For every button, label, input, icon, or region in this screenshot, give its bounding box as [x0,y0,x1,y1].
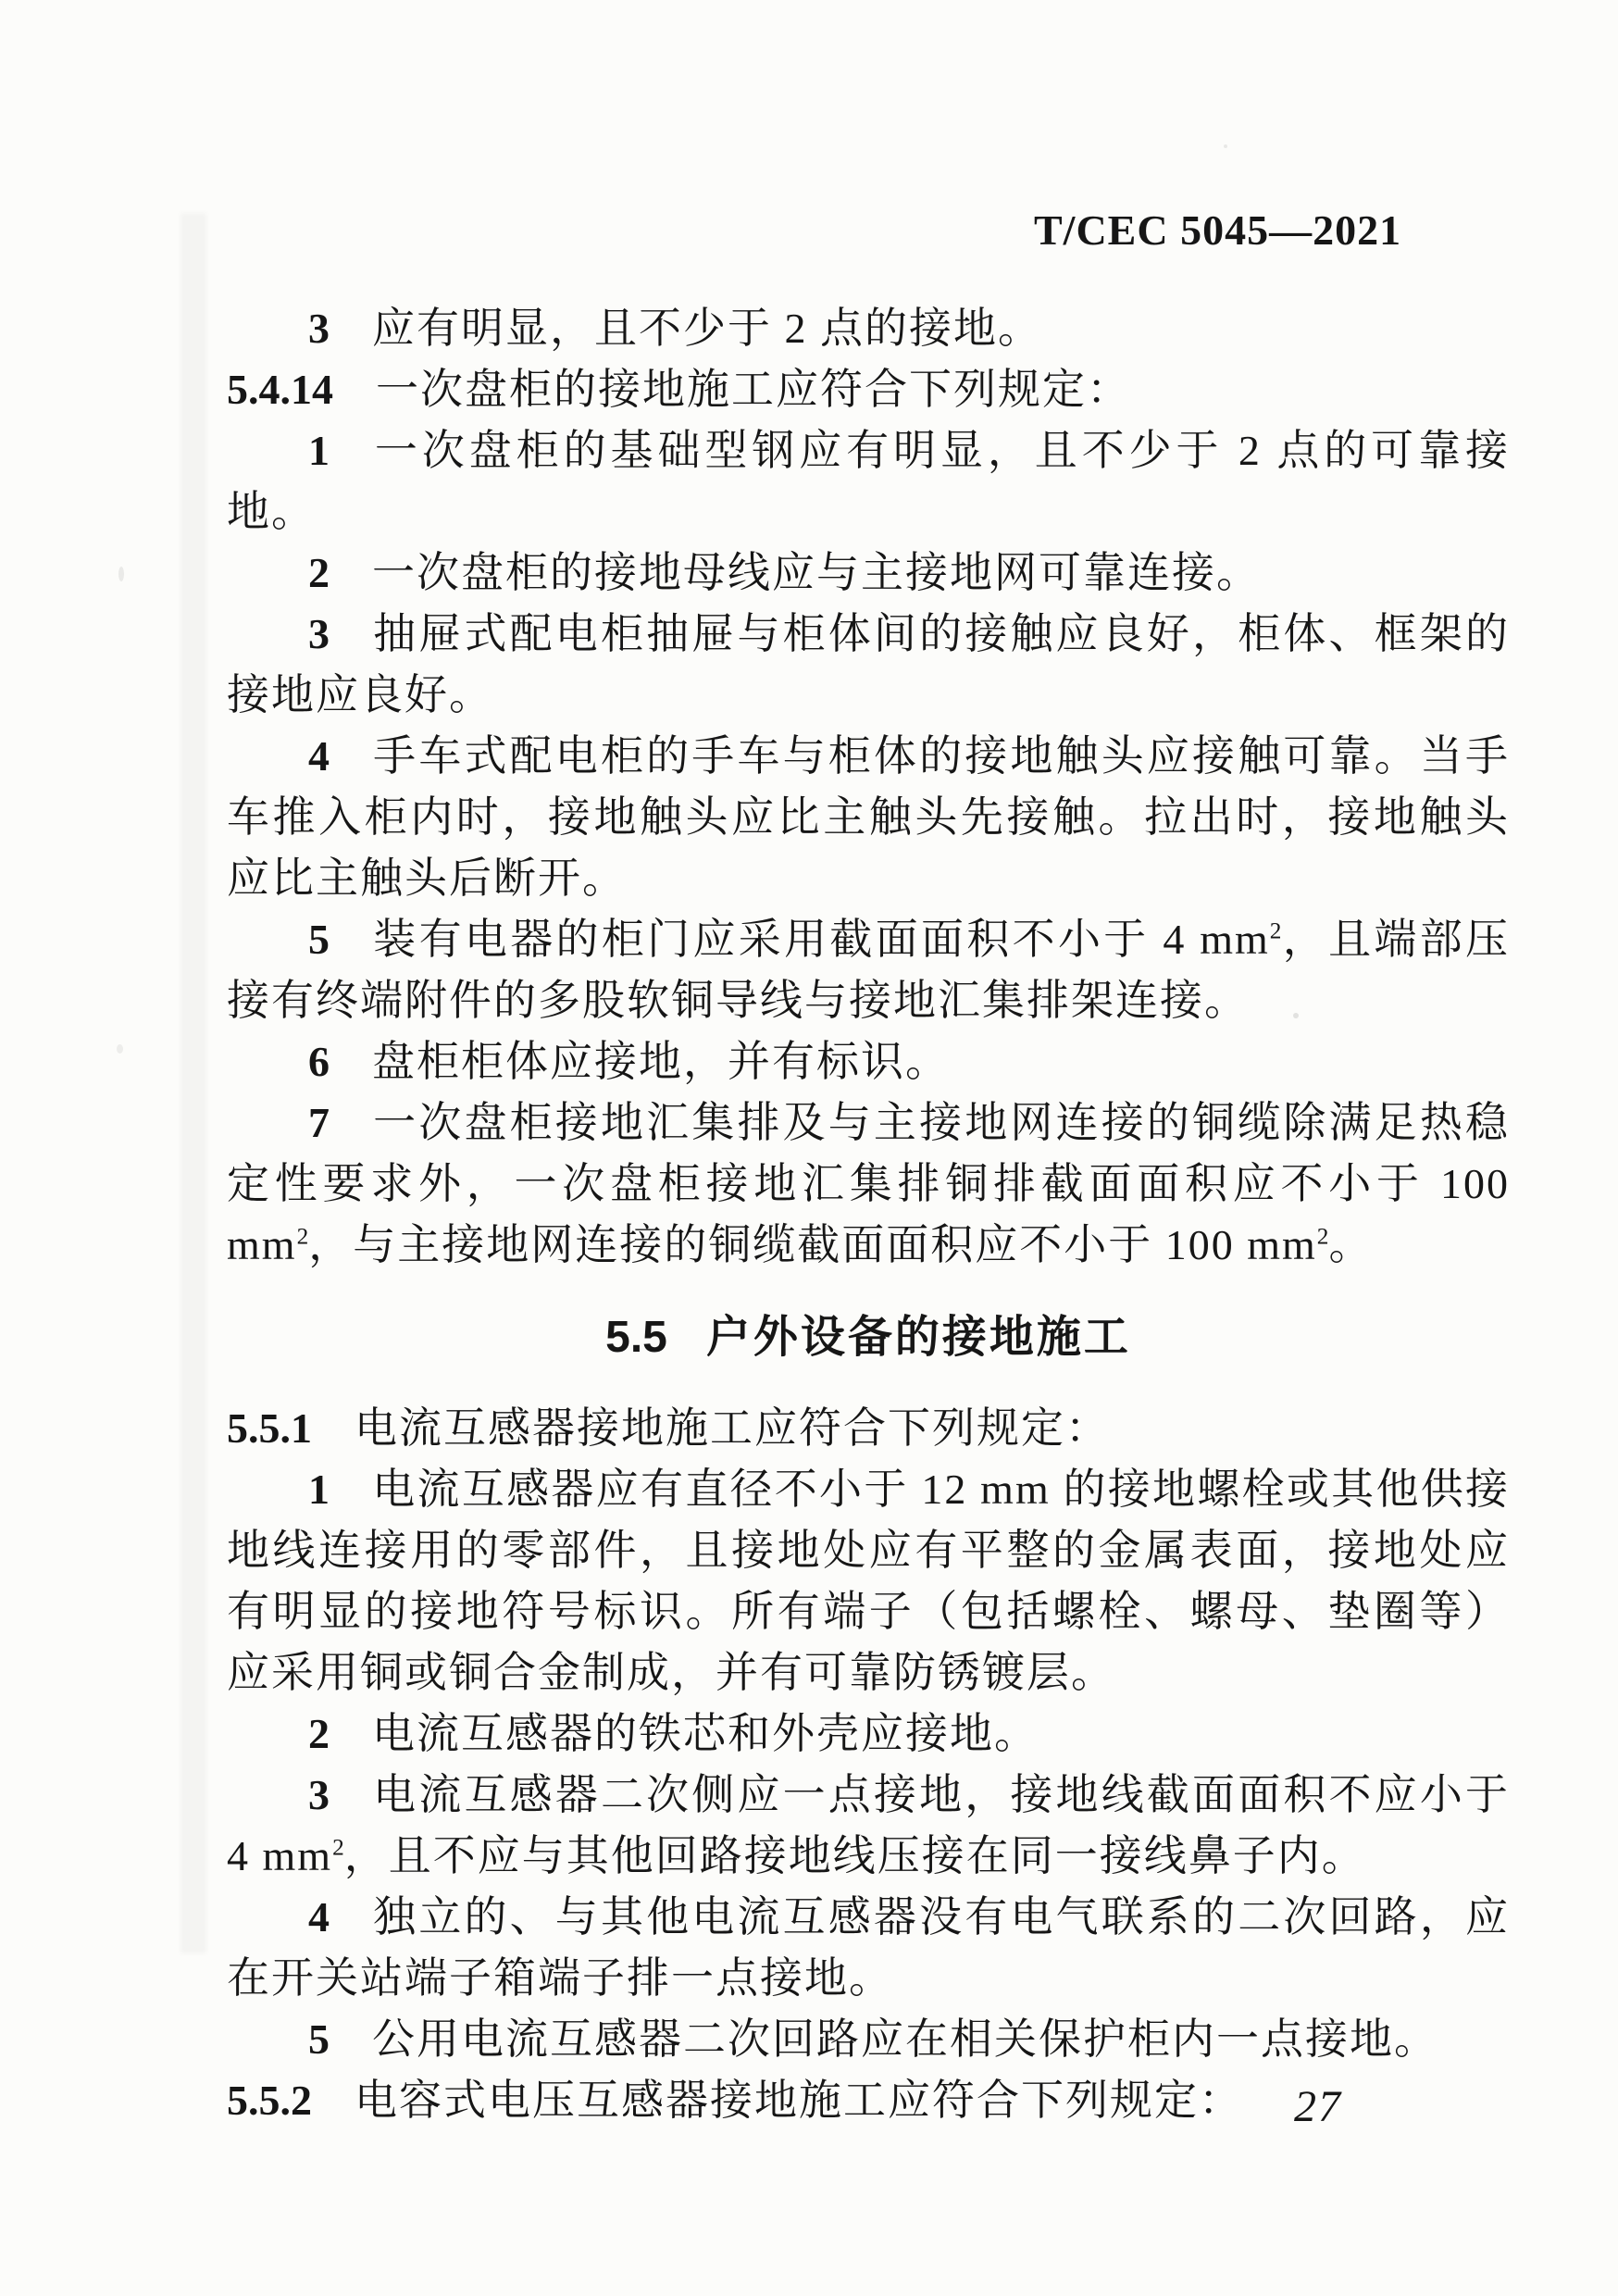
superscript: 2 [1270,918,1282,944]
item-paragraph: 5装有电器的柜门应采用截面面积不小于 4 mm2，且端部压接有终端附件的多股软铜… [227,909,1510,1031]
item-paragraph: 4独立的、与其他电流互感器没有电气联系的二次回路，应在开关站端子箱端子排一点接地… [227,1887,1510,2009]
superscript: 2 [1317,1224,1329,1250]
clause-paragraph: 5.5.1电流互感器接地施工应符合下列规定： [227,1398,1510,1459]
item-paragraph: 1一次盘柜的基础型钢应有明显，且不少于 2 点的可靠接地。 [227,420,1510,543]
page-number: 27 [1294,2081,1342,2132]
superscript: 2 [297,1224,309,1250]
item-paragraph: 1电流互感器应有直径不小于 12 mm 的接地螺栓或其他供接地线连接用的零部件，… [227,1459,1510,1703]
superscript: 2 [332,1835,344,1861]
paragraph-number: 5.5.2 [227,2077,312,2124]
scan-artifact [117,1044,123,1054]
item-paragraph: 7一次盘柜接地汇集排及与主接地网连接的铜缆除满足热稳定性要求外，一次盘柜接地汇集… [227,1092,1510,1276]
item-paragraph: 3应有明显，且不少于 2 点的接地。 [227,298,1510,359]
paragraph-number: 1 [308,1466,330,1513]
paragraph-number: 2 [308,549,330,596]
paragraph-number: 3 [308,610,330,657]
paragraph-number: 7 [308,1099,330,1146]
paragraph-number: 3 [308,305,330,352]
section-heading: 5.5户外设备的接地施工 [227,1307,1510,1368]
item-paragraph: 6盘柜柜体应接地，并有标识。 [227,1031,1510,1092]
document-body: 3应有明显，且不少于 2 点的接地。5.4.14一次盘柜的接地施工应符合下列规定… [227,298,1510,2131]
item-paragraph: 3电流互感器二次侧应一点接地，接地线截面面积不应小于 4 mm2，且不应与其他回… [227,1765,1510,1887]
paragraph-number: 1 [308,427,330,474]
clause-paragraph: 5.4.14一次盘柜的接地施工应符合下列规定： [227,359,1510,420]
document-page: T/CEC 5045—2021 3应有明显，且不少于 2 点的接地。5.4.14… [0,0,1618,2296]
paragraph-number: 5.4.14 [227,366,333,413]
item-paragraph: 4手车式配电柜的手车与柜体的接地触头应接触可靠。当手车推入柜内时，接地触头应比主… [227,726,1510,909]
paragraph-number: 5.5 [605,1313,667,1362]
item-paragraph: 2电流互感器的铁芯和外壳应接地。 [227,1703,1510,1765]
paragraph-number: 4 [308,732,330,780]
scan-artifact [1224,144,1227,148]
item-paragraph: 2一次盘柜的接地母线应与主接地网可靠连接。 [227,543,1510,604]
standard-number-header: T/CEC 5045—2021 [1034,206,1401,255]
paragraph-number: 6 [308,1038,330,1085]
item-paragraph: 3抽屉式配电柜抽屉与柜体间的接触应良好，柜体、框架的接地应良好。 [227,604,1510,726]
paragraph-number: 2 [308,1710,330,1757]
paragraph-number: 5 [308,2015,330,2063]
item-paragraph: 5公用电流互感器二次回路应在相关保护柜内一点接地。 [227,2009,1510,2070]
paragraph-number: 5.5.1 [227,1404,312,1452]
scan-artifact [180,213,206,1953]
scan-artifact [118,567,124,581]
paragraph-number: 3 [308,1771,330,1818]
paragraph-number: 4 [308,1893,330,1940]
paragraph-number: 5 [308,916,330,963]
